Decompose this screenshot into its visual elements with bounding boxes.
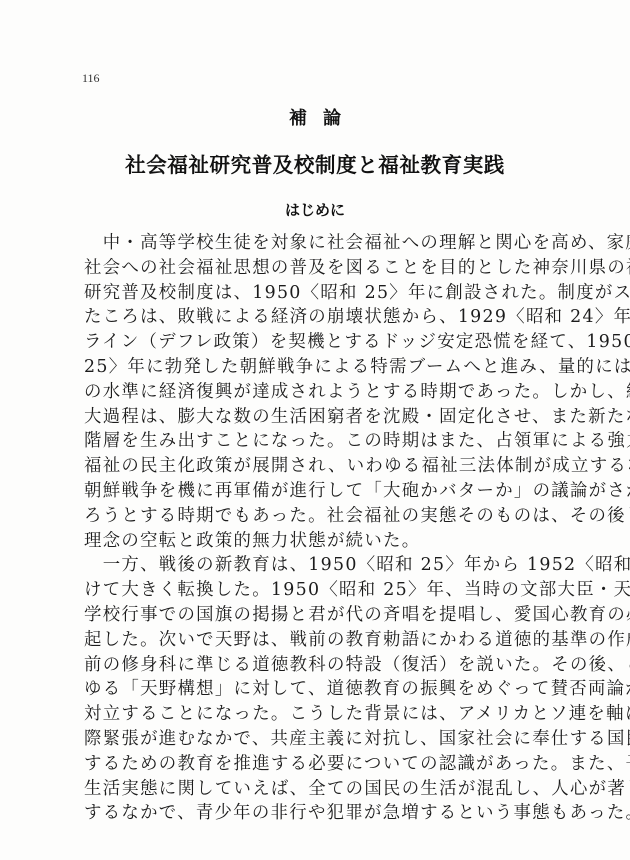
text-line: 研究普及校制度は、1950〈昭和 25〉年に創設された。制度がスタートし [84, 281, 554, 306]
text-line: 25〉年に勃発した朝鮮戦争による特需ブームへと進み、量的にはほぼ戦前 [84, 355, 554, 380]
document-page: 116 補論 社会福祉研究普及校制度と福祉教育実践 はじめに 中・高等学校生徒を… [0, 0, 630, 860]
text-line: 一方、戦後の新教育は、1950〈昭和 25〉年から 1952〈昭和 27〉年にか [84, 553, 554, 578]
paragraph-1: 中・高等学校生徒を対象に社会福祉への理解と関心を高め、家庭や地域 社会への社会福… [84, 231, 554, 553]
body-text: 中・高等学校生徒を対象に社会福祉への理解と関心を高め、家庭や地域 社会への社会福… [84, 231, 554, 826]
page-title: 社会福祉研究普及校制度と福祉教育実践 [0, 148, 630, 178]
text-line: 対立することになった。こうした背景には、アメリカとソ連を軸にした国 [84, 702, 554, 727]
section-heading: はじめに [0, 199, 630, 220]
text-line: 学校行事での国旗の掲揚と君が代の斉唱を提唱し、愛国心教育の必要を提 [84, 603, 554, 628]
text-line: の水準に経済復興が達成されようとする時期であった。しかし、経済の拡 [84, 380, 554, 405]
text-line: 生活実態に関していえば、全ての国民の生活が混乱し、人心が著しく荒廃 [84, 777, 554, 802]
section-label: 補論 [0, 104, 630, 130]
text-line: 大過程は、膨大な数の生活困窮者を沈殿・固定化させ、また新たな低所得 [84, 405, 554, 430]
text-line: するなかで、青少年の非行や犯罪が急増するという事態もあった。 [84, 801, 554, 826]
text-line: けて大きく転換した。1950〈昭和 25〉年、当時の文部大臣・天野貞祐は、 [84, 578, 554, 603]
text-line: 社会への社会福祉思想の普及を図ることを目的とした神奈川県の社会福祉 [84, 256, 554, 281]
text-line: 前の修身科に準じる道徳教科の特設（復活）を説いた。その後、このいわ [84, 653, 554, 678]
text-line: たころは、敗戦による経済の崩壊状態から、1929〈昭和 24〉年のドッジ・ [84, 305, 554, 330]
text-line: 起した。次いで天野は、戦前の教育勅語にかわる道徳的基準の作成と、戦 [84, 628, 554, 653]
text-line: ろうとする時期でもあった。社会福祉の実態そのものは、その後しばらく [84, 504, 554, 529]
text-line: 福祉の民主化政策が展開され、いわゆる福祉三法体制が成立するなかで、 [84, 454, 554, 479]
text-line: 中・高等学校生徒を対象に社会福祉への理解と関心を高め、家庭や地域 [84, 231, 554, 256]
text-line: 理念の空転と政策的無力状態が続いた。 [84, 529, 554, 554]
page-number: 116 [82, 71, 100, 86]
paragraph-2: 一方、戦後の新教育は、1950〈昭和 25〉年から 1952〈昭和 27〉年にか… [84, 553, 554, 826]
text-line: ライン（デフレ政策）を契機とするドッジ安定恐慌を経て、1950〈昭和 [84, 330, 554, 355]
text-line: 階層を生み出すことになった。この時期はまた、占領軍による強力な社会 [84, 429, 554, 454]
text-line: 朝鮮戦争を機に再軍備が進行して「大砲かバターか」の議論がさかんにな [84, 479, 554, 504]
text-line: 際緊張が進むなかで、共産主義に対抗し、国家社会に奉仕する国民を育成 [84, 727, 554, 752]
text-line: ゆる「天野構想」に対して、道徳教育の振興をめぐって賛否両論が激しく [84, 677, 554, 702]
text-line: するための教育を推進する必要についての認識があった。また、子どもの [84, 752, 554, 777]
